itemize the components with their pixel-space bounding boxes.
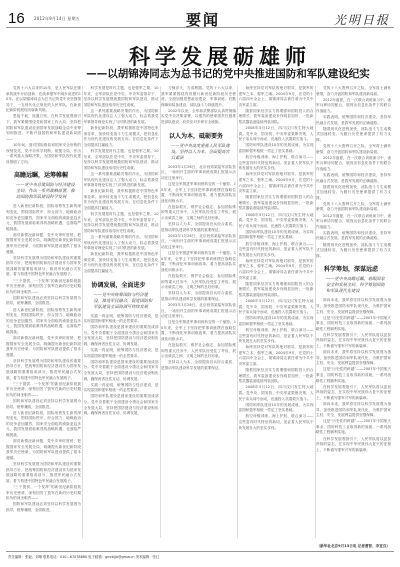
- paragraph: 随着国家经济实力的增强和国防投入的合理增长，我军装备建设步伐明显加快，一批新型武…: [239, 368, 314, 385]
- paragraph: 党的十八大胜利召开之际，全军将士满怀豪情，奋力开创国防和军队建设新局面。: [316, 86, 391, 97]
- issue-date: 2012年9月14日 星期五: [34, 16, 80, 22]
- footer-credits: 责任编辑：张毅、刘琳 联系电话：010—67078880 电子邮箱：gmrbjj…: [8, 554, 159, 559]
- paragraph: 2008年5月12日，四川汶川发生特大地震。党中央、国务院、中央军委果断决策，人…: [239, 213, 314, 230]
- paragraph: 国防和军队建设是国家建设的重要组成部分。党中央着眼于全面建设小康社会和国家安全发…: [84, 360, 159, 382]
- text-column-1: 党的十六大以来的10年，是人民军队在继承传统中开拓创新、在改革强军中阔步前进的1…: [6, 86, 81, 538]
- text-column-2: 科学发展是时代主题，也是强军之要。10年来，全军部队在党中央、中央军委领导下，坚…: [84, 86, 159, 538]
- paragraph: 在抢险救灾、维护社会稳定、参加国际维和等重大任务中，人民军队经受住了考验，展示出…: [161, 205, 236, 222]
- text-column-5: 党的十八大胜利召开之际，全军将士满怀豪情，奋力开创国防和军队建设新局面。2012…: [316, 86, 391, 538]
- paragraph: 实践表明，统筹国防和经济建设，坚持军民融合式发展，是我军发展的正确道路。: [316, 115, 391, 126]
- section-deck: ——党中央总揽国防与经济建设全局，作出一系列战略部署，推动国防和军队建设科学发展: [16, 182, 77, 200]
- paragraph: 国防和军队建设10年的发展成就，为实现富国和强军相统一奠定了坚实基础。: [239, 316, 314, 327]
- masthead-logo: 光明日报: [334, 11, 390, 28]
- paragraph: 面向未来，我军将坚持以科学发展观为指导，加快推进国防和军队现代化，为维护国家主权…: [316, 298, 391, 315]
- paragraph: “三个提供、一个发挥”的新世纪新阶段我军历史使命，深刻回答了我军在新的历史时期担…: [6, 279, 81, 296]
- article-body: 党的十六大以来的10年，是人民军队在继承传统中开拓创新、在改革强军中阔步前进的1…: [6, 86, 394, 538]
- paragraph: 新世纪新阶段，我军积极推进中国特色军事变革，加快转变战斗力生成模式，把信息化作为…: [84, 189, 159, 211]
- paragraph: 面对新情况新问题，党中央审时度势，把握国家安全发展全局，明确提出新世纪新阶段我军…: [6, 336, 81, 358]
- paragraph: 在抢险救灾、维护社会稳定、参加国际维和等重大任务中，人民军队经受住了考验，展示出…: [161, 343, 236, 360]
- article-subtitle: ——以胡锦涛同志为总书记的党中央推进国防和军队建设纪实: [60, 66, 396, 81]
- paragraph: 面对新情况新问题，党中央审时度势，把握国家安全发展全局，明确提出新世纪新阶段我军…: [6, 439, 81, 461]
- paragraph: 国防和军队建设10年的发展成就，为实现富国和强军相统一奠定了坚实基础。: [239, 230, 314, 241]
- paragraph: 新世纪新阶段，我军积极推进中国特色军事变革，加快转变战斗力生成模式，把信息化作为…: [84, 252, 159, 274]
- paragraph: 在科学发展观指引下，人民军队将以更加昂扬的姿态，在实现中华民族伟大复兴的征程上，…: [316, 333, 391, 350]
- column-divider: [82, 86, 83, 538]
- paragraph: 在科学发展观指引下，人民军队将以更加昂扬的姿态，在实现中华民族伟大复兴的征程上，…: [316, 385, 391, 402]
- paragraph: 国防和军队建设必须坚持以科学发展观为指导，统筹兼顾，全面推进。: [6, 296, 81, 307]
- paragraph: 2008年5月12日，四川汶川发生特大地震。党中央、国务院、中央军委果断决策，人…: [239, 126, 314, 143]
- section-title: 要闻: [186, 9, 220, 30]
- paragraph: 2008年5月12日，四川汶川发生特大地震。党中央、国务院、中央军委果断决策，人…: [239, 299, 314, 316]
- text-column-3: 刀锋淬火，方成利器。党的十六大以来，我军紧紧围绕有效履行新世纪新阶段历史使命，全…: [161, 86, 236, 538]
- paragraph: 坚持科学发展观为国防和军队建设的重要指导方针，把统筹国防和经济建设作为国家发展战…: [6, 359, 81, 381]
- paragraph: 2002年以来，全军和武警部队认真贯彻落实党中央决策部署，以强烈的使命感责任感推…: [161, 109, 236, 126]
- paragraph: 航空母舰训练、海上护航、联合演习——这些富有时代特征的新词，见证着人民军队不断发…: [239, 242, 314, 259]
- paragraph: 2012年盛夏，在一次联合训练演习中，诸军兵种协同配合，展现出信息化条件下的联合…: [316, 98, 391, 115]
- paragraph: 国防和军队建设是国家建设的重要组成部分。党中央着眼于全面建设小康社会和国家安全发…: [84, 394, 159, 416]
- paragraph: 随着国家经济实力的增强和国防投入的合理增长，我军装备建设步伐明显加快，一批新型武…: [239, 282, 314, 299]
- paragraph: 思接千载，视通万里。在科学发展观指引下，我军紧紧围绕党和国家工作大局，坚持把国防…: [6, 114, 81, 142]
- paragraph: 这是全军推进军事训练转变的一个缩影。10年来，全军上下坚持把军事训练摆在战略位置…: [161, 182, 236, 204]
- paragraph: 这一系列重要战略决策的作出，为国防和军队现代化建设注入了强大动力，标志着我党军事…: [84, 172, 159, 189]
- paragraph: 随着现代化进程加快，部队战斗力生成模式加速转变，为履行历史使命提供了有力支撑。: [316, 243, 391, 260]
- paragraph: 10年间，面对国际格局和国家安全形势的深刻变化，党中央科学判断，统揽全局，作出一…: [6, 143, 81, 165]
- paragraph: 进入新世纪新阶段，国际形势发生新的深刻变化，围绕国际秩序、综合国力、地缘政治的竞…: [6, 411, 81, 439]
- paragraph: 2003年1月26日，北京西郊某陆军部队营区，一场别开生面的军事训练成果汇报展示…: [161, 303, 236, 320]
- paragraph: 这是全军推进军事训练转变的一个缩影。10年来，全军上下坚持把军事训练摆在战略位置…: [161, 320, 236, 342]
- paragraph: 面向未来，我军将坚持以科学发展观为指导，加快推进国防和军队现代化，为维护国家主权…: [316, 402, 391, 419]
- paragraph: 始终坚持党对军队的绝对领导，是我军的建军之本、强军之魂。2004年9月，在党的十…: [239, 86, 314, 108]
- paragraph: 这一系列重要战略决策的作出，为国防和军队现代化建设注入了强大动力，标志着我党军事…: [84, 109, 159, 126]
- paragraph: 始终坚持党对军队的绝对领导，是我军的建军之本、强军之魂。2004年9月，在党的十…: [239, 259, 314, 281]
- paragraph: 在科学发展观指引下，人民军队将以更加昂扬的姿态，在实现中华民族伟大复兴的征程上，…: [316, 437, 391, 454]
- paragraph: 国防和军队建设是国家建设的重要组成部分。党中央着眼于全面建设小康社会和国家安全发…: [84, 325, 159, 347]
- section-deck: ——党中央高度重视人民军队建设，坚持以人为本，全面提高官兵素质: [171, 143, 232, 161]
- paragraph: 坚持科学发展观为国防和军队建设的重要指导方针，把统筹国防和经济建设作为国家发展战…: [6, 462, 81, 484]
- paragraph: 这是“历史性的跨越”——2007年中国航天事业、国防科技工业取得新的成就，一系列…: [316, 316, 391, 333]
- paragraph: 实践一再证明，统筹国防与经济建设，是实现富国和强军相统一的必然要求。: [84, 314, 159, 325]
- paragraph: 2012年盛夏，在一次联合训练演习中，诸军兵种协同配合，展现出信息化条件下的联合…: [316, 214, 391, 231]
- section-deck: ——党中央统筹国防与经济建设，推进军民融合，促进国防和军队建设全面协调可持续发展: [94, 292, 155, 310]
- column-divider: [237, 86, 238, 538]
- article-byline: （新华社北京9月13日电 记者曹智、李宣良）: [317, 544, 390, 549]
- paragraph: 始终坚持党对军队的绝对领导，是我军的建军之本、强军之魂。2004年9月，在党的十…: [239, 172, 314, 194]
- paragraph: 始终坚持党对军队的绝对领导，是我军的建军之本、强军之魂。2004年9月，在党的十…: [239, 345, 314, 367]
- paragraph: 国防和军队建设10年的发展成就，为实现富国和强军相统一奠定了坚实基础。: [239, 143, 314, 154]
- paragraph: 面向未来，我军将坚持以科学发展观为指导，加快推进国防和军队现代化，为维护国家主权…: [316, 350, 391, 367]
- section-heading: 协调发展，全面进步: [92, 280, 159, 289]
- paragraph: 党的十八大胜利召开之际，全军将士满怀豪情，奋力开创国防和军队建设新局面。: [316, 202, 391, 213]
- paragraph: 科学发展是时代主题，也是强军之要。10年来，全军部队在党中央、中央军委领导下，坚…: [84, 86, 159, 108]
- paragraph: 进入新世纪新阶段，国际形势发生新的深刻变化，围绕国际秩序、综合国力、地缘政治的竞…: [6, 308, 81, 336]
- section-heading: 科学筹划，深谋远虑: [324, 264, 391, 273]
- paragraph: 国防和军队建设必须坚持以科学发展观为指导，统筹兼顾，全面推进。: [6, 399, 81, 410]
- paragraph: 进入新世纪新阶段，国际形势发生新的深刻变化，围绕国际秩序、综合国力、地缘政治的竞…: [6, 204, 81, 232]
- paragraph: 党的十八大胜利召开之际，全军将士满怀豪情，奋力开创国防和军队建设新局面。: [316, 144, 391, 155]
- column-divider: [160, 86, 161, 538]
- paragraph: 2003年1月26日，北京西郊某陆军部队营区，一场别开生面的军事训练成果汇报展示…: [161, 234, 236, 251]
- paragraph: 2012年盛夏，在一次联合训练演习中，诸军兵种协同配合，展现出信息化条件下的联合…: [316, 156, 391, 173]
- paragraph: 2003年1月26日，北京西郊某陆军部队营区，一场别开生面的军事训练成果汇报展示…: [161, 165, 236, 182]
- paragraph: 国防和军队建设必须坚持以科学发展观为指导，统筹兼顾，全面推进。: [6, 502, 81, 513]
- paragraph: 这是“历史性的跨越”——2007年中国航天事业、国防科技工业取得新的成就，一系列…: [316, 367, 391, 384]
- paragraph: 这一系列重要战略决策的作出，为国防和军队现代化建设注入了强大动力，标志着我党军事…: [84, 235, 159, 252]
- paragraph: 在抢险救灾、维护社会稳定、参加国际维和等重大任务中，人民军队经受住了考验，展示出…: [161, 274, 236, 291]
- paragraph: 新世纪新阶段，我军积极推进中国特色军事变革，加快转变战斗力生成模式，把信息化作为…: [84, 126, 159, 148]
- paragraph: 刀锋淬火，方成利器。党的十六大以来，我军紧紧围绕有效履行新世纪新阶段历史使命，全…: [161, 86, 236, 108]
- section-heading: 以人为本，砥砺要务: [169, 131, 236, 140]
- paragraph: 坚持以人为本，全面提高官兵综合素质，是推动军队建设科学发展的重要保证。: [161, 291, 236, 302]
- paragraph: 坚持科学发展观为国防和军队建设的重要指导方针，把统筹国防和经济建设作为国家发展战…: [6, 256, 81, 278]
- paragraph: 随着现代化进程加快，部队战斗力生成模式加速转变，为履行历史使命提供了有力支撑。: [316, 185, 391, 202]
- paragraph: 这是“历史性的跨越”——2007年中国航天事业、国防科技工业取得新的成就，一系列…: [316, 419, 391, 436]
- paragraph: 随着现代化进程加快，部队战斗力生成模式加速转变，为履行历史使命提供了有力支撑。: [316, 127, 391, 144]
- paragraph: 随着国家经济实力的增强和国防投入的合理增长，我军装备建设步伐明显加快，一批新型武…: [239, 195, 314, 212]
- paragraph: 航空母舰训练、海上护航、联合演习——这些富有时代特征的新词，见证着人民军队不断发…: [239, 328, 314, 345]
- paragraph: 随着国家经济实力的增强和国防投入的合理增长，我军装备建设步伐明显加快，一批新型武…: [239, 109, 314, 126]
- section-heading: 高瞻远瞩，运筹帷幄: [14, 170, 81, 179]
- section-deck: ——党中央高瞻远瞩，着眼国家安全和发展全局，科学筹划国防和军队现代化建设: [326, 276, 387, 294]
- paragraph: 党的十六大以来的10年，是人民军队在继承传统中开拓创新、在改革强军中阔步前进的1…: [6, 86, 81, 114]
- paragraph: 科学发展是时代主题，也是强军之要。10年来，全军部队在党中央、中央军委领导下，坚…: [84, 149, 159, 171]
- paragraph: 这是全军推进军事训练转变的一个缩影。10年来，全军上下坚持把军事训练摆在战略位置…: [161, 251, 236, 273]
- paragraph: 实践一再证明，统筹国防与经济建设，是实现富国和强军相统一的必然要求。: [84, 348, 159, 359]
- paragraph: 实践表明，统筹国防和经济建设，坚持军民融合式发展，是我军发展的正确道路。: [316, 173, 391, 184]
- paragraph: “三个提供、一个发挥”的新世纪新阶段我军历史使命，深刻回答了我军在新的历史时期担…: [6, 485, 81, 502]
- page-header: 16 2012年9月14日 星期五 要闻 光明日报: [6, 6, 394, 28]
- footer-divider: [6, 551, 394, 552]
- paragraph: 2008年5月12日，四川汶川发生特大地震。党中央、国务院、中央军委果断决策，人…: [239, 385, 314, 402]
- paragraph: 坚持以人为本，全面提高官兵综合素质，是推动军队建设科学发展的重要保证。: [161, 360, 236, 371]
- paragraph: 实践一再证明，统筹国防与经济建设，是实现富国和强军相统一的必然要求。: [84, 383, 159, 394]
- paragraph: 实践表明，统筹国防和经济建设，坚持军民融合式发展，是我军发展的正确道路。: [316, 231, 391, 242]
- paragraph: 面对新情况新问题，党中央审时度势，把握国家安全发展全局，明确提出新世纪新阶段我军…: [6, 233, 81, 255]
- paragraph: 航空母舰训练、海上护航、联合演习——这些富有时代特征的新词，见证着人民军队不断发…: [239, 155, 314, 172]
- paragraph: 国防和军队建设10年的发展成就，为实现富国和强军相统一奠定了坚实基础。: [239, 403, 314, 414]
- paragraph: “三个提供、一个发挥”的新世纪新阶段我军历史使命，深刻回答了我军在新的历史时期担…: [6, 382, 81, 399]
- paragraph: 航空母舰训练、海上护航、联合演习——这些富有时代特征的新词，见证着人民军队不断发…: [239, 414, 314, 431]
- paragraph: 科学发展是时代主题，也是强军之要。10年来，全军部队在党中央、中央军委领导下，坚…: [84, 212, 159, 234]
- paragraph: 坚持以人为本，全面提高官兵综合素质，是推动军队建设科学发展的重要保证。: [161, 222, 236, 233]
- column-divider: [315, 86, 316, 538]
- page-number: 16: [8, 10, 25, 27]
- text-column-4: 始终坚持党对军队的绝对领导，是我军的建军之本、强军之魂。2004年9月，在党的十…: [239, 86, 314, 538]
